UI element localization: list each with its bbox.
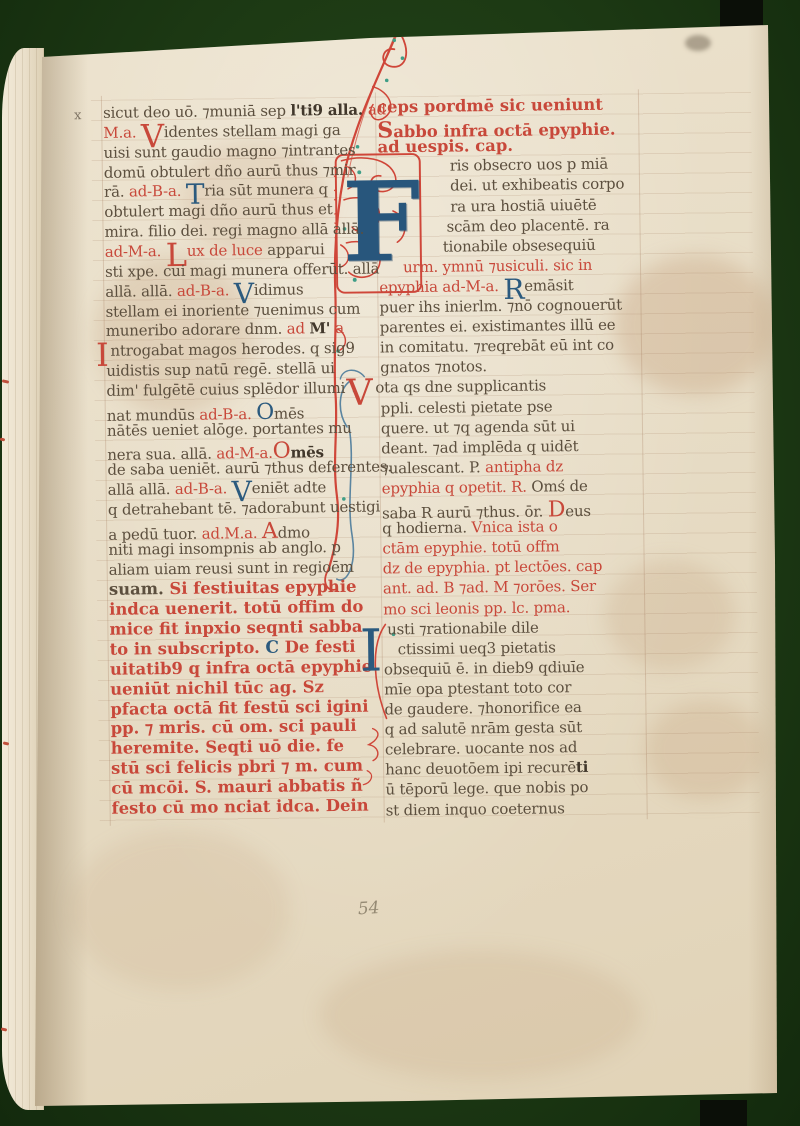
text-segment: deant. ⁊ad implēda q uidēt xyxy=(381,437,578,457)
text-segment: st diem inquo coeternus xyxy=(386,799,565,819)
text-line: quere. ut ⁊q agenda sūt ui xyxy=(381,417,575,439)
text-segment: emāsit xyxy=(524,276,574,295)
text-segment: ad-B-a. xyxy=(175,479,232,498)
text-segment: ueniūt nichil tūc ag. Sz xyxy=(110,677,324,699)
text-segment: muneribo adorare dnm. xyxy=(106,320,287,340)
text-segment: q hodierna. xyxy=(382,518,471,537)
text-segment: Si festiuitas epyphie xyxy=(169,577,356,598)
text-segment: mice fit inpxio seqnti sabba xyxy=(109,617,362,639)
text-segment: ū tēporū lege. que nobis po xyxy=(385,778,588,798)
text-segment: ad uespis. cap. xyxy=(377,136,513,157)
text-segment: mīe opa ptestant toto cor xyxy=(384,678,571,698)
text-segment: M' xyxy=(309,319,335,337)
text-line: obsequiū ē. in dieb9 qdiuīe xyxy=(384,658,585,680)
text-line: ctām epyphie. totū offm xyxy=(382,537,559,559)
text-segment: heremite. Seqti uō die. fe xyxy=(111,736,344,758)
text-segment: tionabile obsesequiū xyxy=(443,236,596,256)
text-segment: domū obtulert dño aurū thus ⁊mir xyxy=(104,160,356,181)
text-segment: ceps pordmē sic ueniunt xyxy=(377,95,603,117)
text-line: allā. allā. ad-B-a. Vidimus xyxy=(105,280,303,302)
clamp-bottom xyxy=(700,1100,747,1126)
text-segment: allā allā. xyxy=(108,480,175,499)
text-segment: eniēt adte xyxy=(252,478,327,497)
text-segment: De festi xyxy=(279,637,356,657)
text-line: puer ihs inierlm. ⁊nō cognouerūt xyxy=(379,296,622,319)
text-segment: celebrare. uocante nos ad xyxy=(385,738,578,758)
text-line: ris obsecro uos p miā xyxy=(450,155,609,177)
text-line: ū tēporū lege. que nobis po xyxy=(385,778,588,800)
text-line: a pedū tuor. ad.M.a. Admo xyxy=(108,518,310,540)
text-line: de gaudere. ⁊honorifice ea xyxy=(384,698,582,720)
text-segment: in comitatu. ⁊reqrebāt eū int co xyxy=(380,336,614,357)
text-segment: dz de epyphia. pt lectōes. cap xyxy=(383,557,603,578)
text-segment: ntrogabat magos herodes. q sig9 xyxy=(110,339,355,360)
text-segment: quere. ut ⁊q agenda sūt ui xyxy=(381,417,575,437)
folio-number: 54 xyxy=(357,898,380,919)
text-line: dim' fulgētē cuius splēdor illumi xyxy=(106,379,345,402)
text-line: q hodierna. Vnica ista o xyxy=(382,517,558,539)
text-segment: eus xyxy=(565,502,591,520)
text-line: mīe opa ptestant toto cor xyxy=(384,678,571,700)
text-segment: aliam uiam reusi sunt in regioēm xyxy=(109,557,354,578)
text-segment: mo sci leonis pp. lc. pma. xyxy=(383,598,570,618)
text-line: q ad salutē nrām gesta sūt xyxy=(385,718,583,740)
text-segment: ria sūt munera q xyxy=(204,180,328,200)
text-segment: ti xyxy=(576,758,588,776)
text-segment: ux de luce xyxy=(187,241,268,260)
text-line: epyphia q opetit. R. Omś de xyxy=(382,477,588,500)
text-segment: festo cū mo nciat idca. Dein xyxy=(111,795,368,817)
text-segment: allā. allā. xyxy=(105,282,177,301)
text-segment: M.a. xyxy=(103,123,141,141)
pencil-mark: x xyxy=(74,108,82,123)
text-segment: niti magi insompnis ab anglo. p xyxy=(108,538,341,559)
photo-scene: F sicut deo uō. ⁊muniā sep l'ti9 alla. a… xyxy=(0,0,800,1126)
text-segment: epyphia ad-M-a. xyxy=(379,277,503,297)
text-segment: ctām epyphie. totū offm xyxy=(382,537,559,557)
text-segment: obsequiū ē. in dieb9 qdiuīe xyxy=(384,658,585,678)
text-line: ⁊ualescant. P. antipha dz xyxy=(381,457,563,479)
text-segment: ra ura hostiā uiuētē xyxy=(450,195,596,215)
text-segment: pp. ⁊ mris. cū om. sci pauli xyxy=(111,716,357,738)
text-line: nat mundūs ad-B-a. Omēs xyxy=(107,399,305,421)
text-segment: uisi sunt gaudio magno ⁊intrantes xyxy=(103,140,355,161)
text-line: deant. ⁊ad implēda q uidēt xyxy=(381,437,578,459)
text-segment: indca uenerit. totū offim do xyxy=(109,597,363,619)
text-segment: ad xyxy=(287,320,310,338)
text-line: ad uespis. cap. xyxy=(377,136,513,158)
text-segment: ad-B-a. xyxy=(177,281,234,300)
text-segment: ad-M-a. xyxy=(105,242,166,261)
text-segment: stellam ei inoriente ⁊uenimus cum xyxy=(105,299,360,320)
text-segment: sicut deo uō. ⁊muniā sep xyxy=(103,102,291,122)
text-segment: mira. filio dei. regi magno allā allā. xyxy=(104,220,364,241)
text-line: Iusti ⁊rationabile dile xyxy=(395,618,538,640)
text-line: celebrare. uocante nos ad xyxy=(385,738,578,760)
text-line: dz de epyphia. pt lectōes. cap xyxy=(383,557,603,580)
text-segment: a xyxy=(335,319,344,337)
text-layer: F sicut deo uō. ⁊muniā sep l'ti9 alla. a… xyxy=(25,0,791,1117)
text-line: gnatos ⁊notos. xyxy=(380,357,487,378)
text-segment: hanc deuotōem ipi recurē xyxy=(385,758,576,778)
initial-letter: I xyxy=(359,616,383,684)
text-segment: gnatos ⁊notos. xyxy=(380,357,487,376)
text-line: parentes ei. existimantes illū ee xyxy=(380,316,616,339)
text-segment: q detrahebant tē. ⁊adorabunt uestigi xyxy=(108,497,380,518)
text-line: urm. ymnū ⁊usiculi. sic in xyxy=(403,256,592,278)
text-line: festo cū mo nciat idca. Dein xyxy=(111,795,368,818)
text-segment: q ad salutē nrām gesta sūt xyxy=(385,718,583,738)
text-segment: dim' fulgētē cuius splēdor illumi xyxy=(106,379,345,400)
text-line: ceps pordmē sic ueniunt xyxy=(377,95,603,118)
text-segment: epyphia q opetit. R. xyxy=(382,478,532,498)
text-segment: stū sci felicis pbri ⁊ m. cum xyxy=(111,756,363,778)
text-segment: antipha dz xyxy=(485,457,563,476)
text-line: mira. filio dei. regi magno allā allā. xyxy=(104,220,364,243)
text-segment: scām deo placentē. ra xyxy=(446,215,609,235)
text-line: tionabile obsesequiū xyxy=(443,236,596,258)
text-line: ra ura hostiā uiuētē xyxy=(450,195,596,217)
text-segment: uitatib9 q infra octā epyphie xyxy=(110,656,373,678)
text-segment: ant. ad. B ⁊ad. M ⁊orōes. Ser xyxy=(383,577,596,598)
text-segment: puer ihs inierlm. ⁊nō cognouerūt xyxy=(379,296,622,317)
manuscript-page: F sicut deo uō. ⁊muniā sep l'ti9 alla. a… xyxy=(30,0,782,1112)
text-segment: suam. xyxy=(109,579,170,599)
text-line: in comitatu. ⁊reqrebāt eū int co xyxy=(380,336,614,359)
text-segment: cū mcōi. S. mauri abbatis ñ xyxy=(111,776,363,798)
text-line: q detrahebant tē. ⁊adorabunt uestigi xyxy=(108,497,380,520)
text-line: Vota qs dne supplicantis xyxy=(380,377,546,399)
text-segment: ctissimi ueq3 pietatis xyxy=(398,638,556,658)
text-segment: dei. ut exhibeatis corpo xyxy=(450,175,624,195)
text-line: ueniūt nichil tūc ag. Sz xyxy=(110,677,324,700)
text-line: mo sci leonis pp. lc. pma. xyxy=(383,598,570,620)
text-line: saba R aurū ⁊thus. ōr. Deus xyxy=(382,497,591,520)
text-segment: obtulert magi dño aurū thus et xyxy=(104,200,332,221)
text-segment: to in subscripto. xyxy=(110,638,266,659)
text-segment: ⁊ualescant. P. xyxy=(381,458,485,477)
text-line: dei. ut exhibeatis corpo xyxy=(450,175,624,197)
text-segment: uidistis sup natū regē. stellā ui xyxy=(106,359,335,380)
text-segment: urm. ymnū ⁊usiculi. sic in xyxy=(403,256,592,276)
initial-letter: V xyxy=(346,373,372,414)
text-segment: Vnica ista o xyxy=(471,517,557,536)
text-line: scām deo placentē. ra xyxy=(446,215,609,237)
text-segment: Omś de xyxy=(531,477,587,496)
fore-edge-red-mark xyxy=(0,438,5,442)
text-segment: ppli. celesti pietate pse xyxy=(381,397,553,417)
text-line: st diem inquo coeternus xyxy=(386,799,565,821)
text-line: uitatib9 q infra octā epyphie xyxy=(110,656,373,679)
text-line: Sabbo infra octā epyphie. xyxy=(377,115,615,138)
text-segment: de gaudere. ⁊honorifice ea xyxy=(384,698,582,718)
text-segment: usti ⁊rationabile dile xyxy=(387,618,539,638)
text-segment: identes stellam magi ga xyxy=(164,121,341,141)
text-segment: parentes ei. existimantes illū ee xyxy=(380,316,616,337)
text-segment: nātēs ueniet alōge. portantes mu xyxy=(107,418,352,439)
text-segment: ota qs dne supplicantis xyxy=(375,377,546,397)
text-segment: ad-B-a. xyxy=(129,182,186,201)
text-line: ant. ad. B ⁊ad. M ⁊orōes. Ser xyxy=(383,577,596,600)
text-line: epyphia ad-M-a. Remāsit xyxy=(379,276,574,298)
text-line: ctissimi ueq3 pietatis xyxy=(398,638,556,660)
text-segment: apparui xyxy=(267,240,325,259)
text-segment: ris obsecro uos p miā xyxy=(450,155,609,175)
text-segment: pfacta octā fit festū sci igini xyxy=(110,696,368,718)
text-line: hanc deuotōem ipi recurēti xyxy=(385,758,588,780)
initial-letter: C xyxy=(265,638,279,658)
text-segment: idimus xyxy=(254,280,304,299)
text-segment: rā. xyxy=(104,183,129,201)
text-line: ppli. celesti pietate pse xyxy=(381,397,553,419)
text-segment: l'ti9 alla. xyxy=(290,101,368,120)
